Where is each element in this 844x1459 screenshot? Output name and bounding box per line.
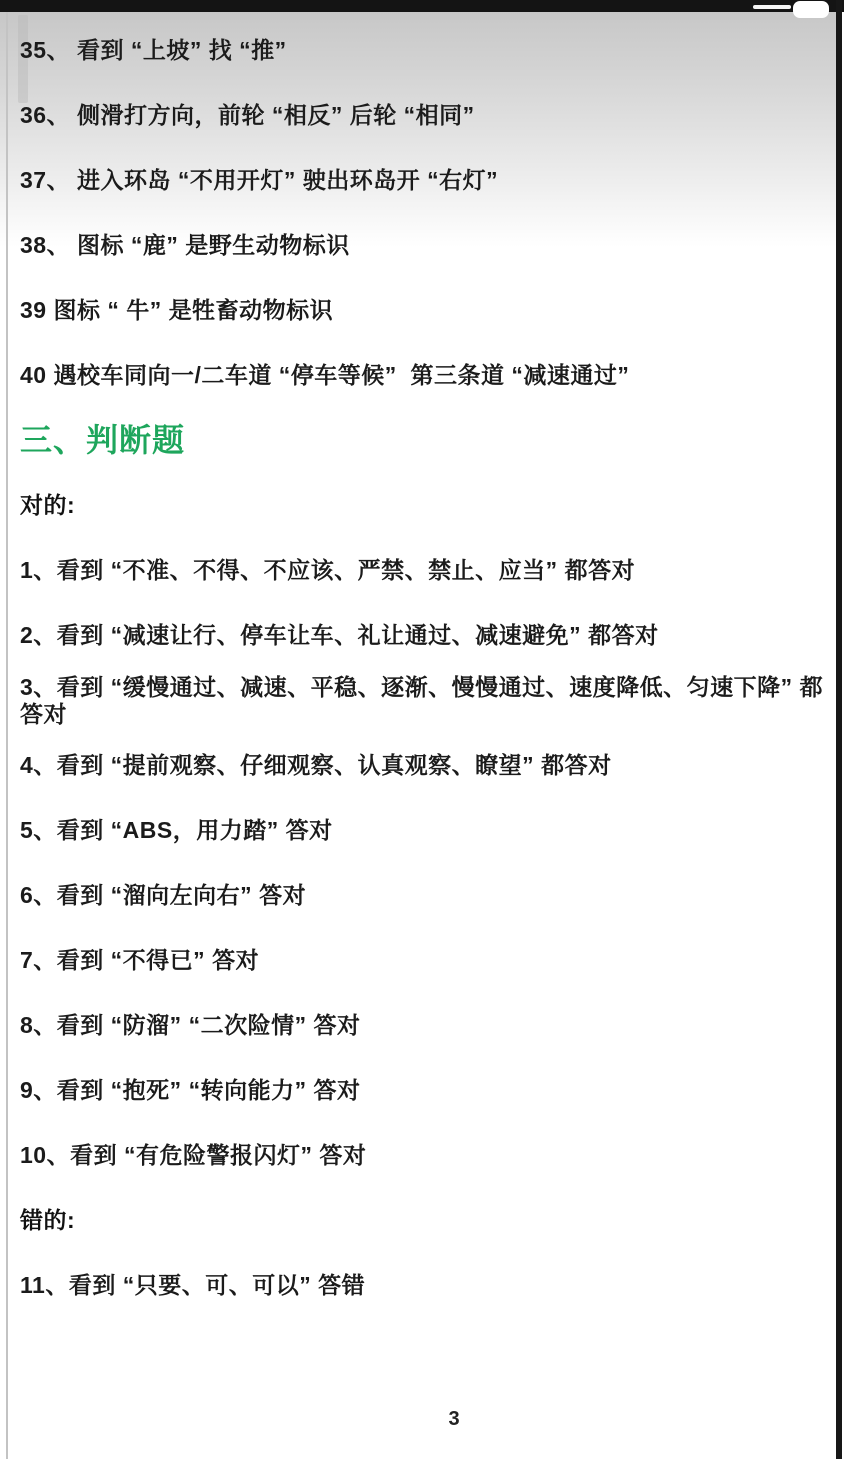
- section-heading: 三、判断题: [20, 408, 824, 473]
- tip-line-37: 37、 进入环岛 “不用开灯” 驶出环岛开 “右灯”: [20, 148, 824, 213]
- page-number: 3: [0, 1408, 838, 1431]
- judgment-line-1: 1、看到 “不准、不得、不应该、严禁、禁止、应当” 都答对: [20, 538, 824, 603]
- judgment-line-5: 5、看到 “ABS，用力踏” 答对: [20, 798, 824, 863]
- top-bar-dash: [753, 5, 791, 9]
- tip-line-38: 38、 图标 “鹿” 是野生动物标识: [20, 213, 824, 278]
- judgment-line-7: 7、看到 “不得已” 答对: [20, 928, 824, 993]
- correct-subheading: 对的:: [20, 473, 824, 538]
- judgment-line-6: 6、看到 “溜向左向右” 答对: [20, 863, 824, 928]
- tip-line-40: 40 遇校车同向一/二车道 “停车等候” 第三条道 “减速通过”: [20, 343, 824, 408]
- document-viewer: 35、 看到 “上坡” 找 “推” 36、 侧滑打方向，前轮 “相反” 后轮 “…: [0, 0, 844, 1459]
- page-tab-notch: [793, 1, 829, 18]
- viewer-top-bar: [0, 0, 844, 12]
- judgment-line-2: 2、看到 “减速让行、停车让车、礼让通过、减速避免” 都答对: [20, 603, 824, 668]
- judgment-line-3: 3、看到 “缓慢通过、减速、平稳、逐渐、慢慢通过、速度降低、匀速下降” 都答对: [20, 668, 824, 733]
- judgment-line-8: 8、看到 “防溜” “二次险情” 答对: [20, 993, 824, 1058]
- document-page: 35、 看到 “上坡” 找 “推” 36、 侧滑打方向，前轮 “相反” 后轮 “…: [0, 12, 838, 1459]
- tip-line-35: 35、 看到 “上坡” 找 “推”: [20, 18, 824, 83]
- judgment-line-10: 10、看到 “有危险警报闪灯” 答对: [20, 1123, 824, 1188]
- tip-line-39: 39 图标 “ 牛” 是牲畜动物标识: [20, 278, 824, 343]
- tip-line-36: 36、 侧滑打方向，前轮 “相反” 后轮 “相同”: [20, 83, 824, 148]
- judgment-line-4: 4、看到 “提前观察、仔细观察、认真观察、瞭望” 都答对: [20, 733, 824, 798]
- judgment-line-9: 9、看到 “抱死” “转向能力” 答对: [20, 1058, 824, 1123]
- page-content: 35、 看到 “上坡” 找 “推” 36、 侧滑打方向，前轮 “相反” 后轮 “…: [0, 12, 838, 1318]
- wrong-subheading: 错的:: [20, 1188, 824, 1253]
- right-edge-strip: [836, 0, 842, 1459]
- judgment-line-11: 11、看到 “只要、可、可以” 答错: [20, 1253, 824, 1318]
